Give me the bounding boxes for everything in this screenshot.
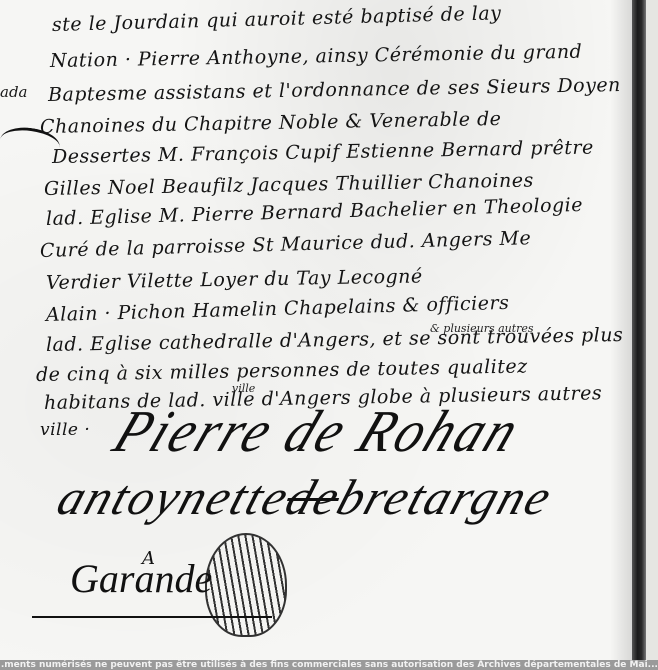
signature-garande: Garande (70, 555, 212, 602)
manuscript-line-7: lad. Eglise M. Pierre Bernard Bachelier … (46, 194, 584, 230)
signature-first-name: antoynette (51, 469, 297, 525)
signature-paraph-flourish (205, 533, 287, 637)
manuscript-line-5: Dessertes M. François Cupif Estienne Ber… (52, 137, 594, 168)
page-edge (646, 0, 658, 670)
manuscript-line-14: ville · (40, 420, 90, 440)
manuscript-line-1: ste le Jourdain qui auroit esté baptisé … (52, 2, 502, 36)
book-binding-edge (632, 0, 646, 670)
watermark-text: ...ments numérisés ne peuvent pas être u… (0, 660, 658, 670)
copyright-watermark-banner: ...ments numérisés ne peuvent pas être u… (0, 660, 658, 670)
manuscript-line-2: Nation · Pierre Anthoyne, ainsy Cérémoni… (50, 41, 583, 72)
manuscript-line-6: Gilles Noel Beaufilz Jacques Thuillier C… (44, 169, 534, 200)
manuscript-line-10: Alain · Pichon Hamelin Chapelains & offi… (46, 292, 510, 326)
manuscript-line-4: Chanoines du Chapitre Noble & Venerable … (40, 108, 502, 138)
signature-antoynette-de-bretagne: antoynettedebretargne (51, 468, 561, 526)
signature-surname: bretargne (330, 469, 560, 525)
signature-pierre-de-rohan: Pierre de Rohan (104, 397, 531, 465)
signature-underline (32, 616, 272, 618)
manuscript-line-8: Curé de la parroisse St Maurice dud. Ang… (40, 227, 532, 262)
manuscript-line-12: de cinq à six milles personnes de toutes… (36, 355, 528, 386)
manuscript-line-9: Verdier Vilette Loyer du Tay Lecogné (46, 265, 423, 294)
manuscript-line-11: lad. Eglise cathedralle d'Angers, et se … (46, 324, 624, 356)
margin-note: ada (0, 83, 28, 101)
manuscript-page: ada ste le Jourdain qui auroit esté bapt… (0, 0, 658, 670)
manuscript-line-3: Baptesme assistans et l'ordonnance de se… (48, 74, 621, 106)
